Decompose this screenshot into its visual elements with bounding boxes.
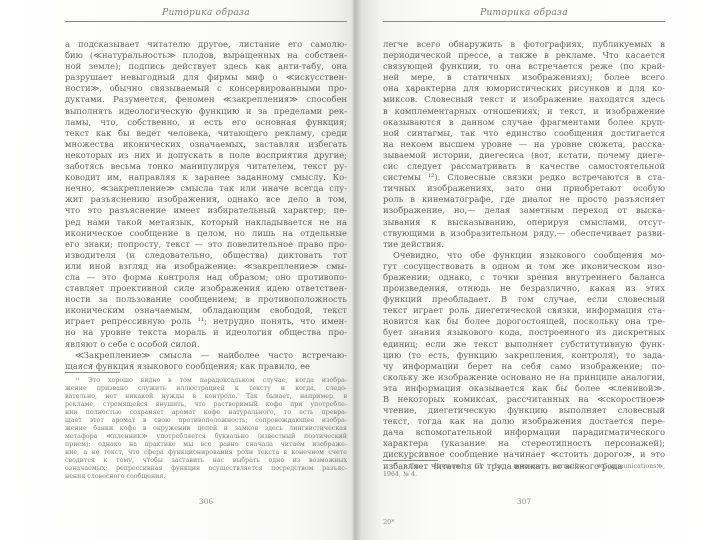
text-line: вательно, нет никакой нужды в контроле. … bbox=[65, 393, 347, 401]
text-line: зываемой истории, диегесиса (вот, кстати… bbox=[383, 150, 665, 161]
text-line: некоторых из них и допускать в поле восп… bbox=[65, 150, 347, 161]
text-line: ной синтагмы, так что единство сообщения… bbox=[383, 128, 665, 139]
text-line: дача вспомогательной информации парадигм… bbox=[383, 427, 665, 438]
text-line: связующей функции, то она встречается ре… bbox=[383, 61, 665, 72]
header-rule bbox=[65, 21, 347, 22]
text-line: рекламе, стремящейся внушить, что раство… bbox=[65, 401, 347, 409]
text-line: иконическим означаемым, обладающим свобо… bbox=[65, 305, 347, 316]
text-line: цию (то есть, функцию закрепления, контр… bbox=[383, 350, 665, 361]
text-line: ¹² См.: Bremond Cl. Le message narratif.… bbox=[383, 463, 665, 471]
text-line: бражении; однако, с точки зрения внутрен… bbox=[383, 272, 665, 283]
text-line: нечно, ≪закрепление≫ смысла так или инач… bbox=[65, 183, 347, 194]
text-line: текст как бы ведет человека, читающего р… bbox=[65, 128, 347, 139]
text-line: зывания к высказыванию, оперируя смыслам… bbox=[383, 217, 665, 228]
text-line: на некоем высшем уровне — на уровне сюже… bbox=[383, 139, 665, 150]
text-line: жение банки кофе в окружении цепей и зам… bbox=[65, 425, 347, 433]
text-line: ководит им, направляя к заранее заданном… bbox=[65, 172, 347, 183]
text-line: ние, а не текст, что сфера функционирова… bbox=[65, 449, 347, 457]
text-line: ности≫, обычно связываемый с консервиров… bbox=[65, 83, 347, 94]
text-line: бует знания языкового кода, построенного… bbox=[383, 327, 665, 338]
text-line: системы ¹²). Словесные связки редко встр… bbox=[383, 172, 665, 183]
page-number: 306 bbox=[65, 497, 347, 506]
text-line: произведения, отнюдь не безразлично, как… bbox=[383, 283, 665, 294]
text-line: ≪Закрепление≫ смысла — наиболее часто вс… bbox=[65, 350, 347, 361]
text-line: текст играет роль диегетической связки, … bbox=[383, 305, 665, 316]
text-line: сла — это форма контроля над образом; он… bbox=[65, 272, 347, 283]
text-line: дуктами. Разумеется, феномен ≪закреплени… bbox=[65, 94, 347, 105]
footnote: ¹¹ Это хорошо видно в том парадоксальном… bbox=[65, 377, 347, 481]
text-line: ности за пользование сообщением; в проти… bbox=[65, 294, 347, 305]
text-line: нии полностью сохраняет аромат кофе нату… bbox=[65, 409, 347, 417]
text-line: ной земле); подпись действует здесь как … bbox=[65, 61, 347, 72]
text-line: иконическое сообщение в целом, но лишь н… bbox=[65, 228, 347, 239]
text-line: нения словесного сообщения. bbox=[65, 473, 347, 481]
text-line: ламы, что, собственно, и есть его основн… bbox=[65, 117, 347, 128]
text-line: щает этот аромат в свою противоположност… bbox=[65, 417, 347, 425]
text-line: чтение, диегетическую функцию выполняет … bbox=[383, 405, 665, 416]
text-line: новится как бы более дорогостоящей, поск… bbox=[383, 316, 665, 327]
text-line: В некоторых комиксах, рассчитанных на ≪с… bbox=[383, 394, 665, 405]
left-page: Риторика образа а подсказывает читателю … bbox=[65, 0, 347, 540]
text-line: тие действия. bbox=[383, 239, 665, 250]
text-line: единиц; если же текст выполняет субститу… bbox=[383, 339, 665, 350]
text-line: текст, тогда как на долю изображения дос… bbox=[383, 416, 665, 427]
text-line: скольку же изображение основано не на пр… bbox=[383, 372, 665, 383]
text-line: выполнять идеологическую функцию и за пр… bbox=[65, 106, 347, 117]
text-line: но на уровне текста мораль и идеология о… bbox=[65, 327, 347, 338]
text-line: что это разъяснение имеет избирательный … bbox=[65, 205, 347, 216]
text-line: играет репрессивную роль ¹¹; нетрудно по… bbox=[65, 316, 347, 327]
text-line: жит разъяснению изображения, однако все … bbox=[65, 194, 347, 205]
text-line: заботясь весьма тонко манипулируя читате… bbox=[65, 161, 347, 172]
footnote: ¹² См.: Bremond Cl. Le message narratif.… bbox=[383, 463, 665, 479]
text-line: его знаки; попросту, текст — это повелит… bbox=[65, 239, 347, 250]
text-line: жение призвано служить иллюстрацией к те… bbox=[65, 385, 347, 393]
text-line: ствующими в изобразительном ряду,— обесп… bbox=[383, 228, 665, 239]
text-line: роль в кинематографе, где диалог не прос… bbox=[383, 194, 665, 205]
text-line: изображение, но,— делая заметным переход… bbox=[383, 205, 665, 216]
text-line: в комплементарных отношениях; и текст, и… bbox=[383, 106, 665, 117]
right-page: Риторика образа легче всего обнаружить в… bbox=[383, 0, 665, 540]
text-line: щаяся функция языкового сообщения; как п… bbox=[65, 361, 347, 372]
text-line: разрушает невыгодный для фирмы миф о ≪ис… bbox=[65, 72, 347, 83]
text-line: а подсказывает читателю другое, листание… bbox=[65, 39, 347, 50]
body-text: а подсказывает читателю другое, листание… bbox=[65, 39, 347, 372]
text-line: бию (≪натуральность≫ плодов, выращенных … bbox=[65, 50, 347, 61]
text-line: миксов. Словесный текст и изображение на… bbox=[383, 94, 665, 105]
text-line: сводится к тому, чтобы заставить нас выб… bbox=[65, 457, 347, 465]
text-line: легче всего обнаружить в фотографиях, пу… bbox=[383, 39, 665, 50]
text-line: гут сосуществовать в одном и том же икон… bbox=[383, 261, 665, 272]
text-line: изводителя (и следовательно, общества) д… bbox=[65, 250, 347, 261]
text-line: чу информации берет на себя само изображ… bbox=[383, 361, 665, 372]
signature-mark: 20* bbox=[383, 518, 395, 526]
footnote-rule bbox=[383, 460, 438, 461]
text-line: оказываются в данном случае фрагментами … bbox=[383, 117, 665, 128]
text-line: она характерна для юмористических рисунк… bbox=[383, 83, 665, 94]
text-line: 1964, № 4. bbox=[383, 471, 665, 479]
text-line: ред нами такой метаязык, который наклады… bbox=[65, 217, 347, 228]
text-line: множества иконических означаемых, застав… bbox=[65, 139, 347, 150]
text-line: периодической прессе, а также в рекламе.… bbox=[383, 50, 665, 61]
text-line: прием); однако на практике мы все равно … bbox=[65, 441, 347, 449]
book-spread: Риторика образа а подсказывает читателю … bbox=[0, 0, 720, 540]
text-line: дискурсивное сообщение начинает ≪стоить … bbox=[383, 449, 665, 460]
text-line: Очевидно, что обе функции языкового сооб… bbox=[383, 250, 665, 261]
text-line: тичных изображениях, зато они приобретаю… bbox=[383, 183, 665, 194]
text-line: эта информация оказывается как бы более … bbox=[383, 383, 665, 394]
text-line: являют о себе с особой силой. bbox=[65, 339, 347, 350]
text-line: ней мере, в статичных изображениях); бол… bbox=[383, 72, 665, 83]
text-line: метафора ≪пленник≫ употребляется букваль… bbox=[65, 433, 347, 441]
text-line: ставляет проективной силе изображения ид… bbox=[65, 283, 347, 294]
text-line: или иной взгляд на изображение: ≪закрепл… bbox=[65, 261, 347, 272]
text-line: функций преобладает. В том случае, если … bbox=[383, 294, 665, 305]
running-head: Риторика образа bbox=[65, 8, 347, 18]
page-number: 307 bbox=[383, 497, 665, 506]
body-text: легче всего обнаружить в фотографиях, пу… bbox=[383, 39, 665, 472]
header-rule bbox=[383, 21, 665, 22]
running-head: Риторика образа bbox=[383, 8, 665, 18]
text-line: ¹¹ Это хорошо видно в том парадоксальном… bbox=[65, 377, 347, 385]
footnote-rule bbox=[65, 372, 120, 373]
text-line: характера (указание на стереотипность пе… bbox=[383, 438, 665, 449]
text-line: означаемых; репрессивная функция осущест… bbox=[65, 465, 347, 473]
text-line: сис следует рассматривать в качестве сам… bbox=[383, 161, 665, 172]
